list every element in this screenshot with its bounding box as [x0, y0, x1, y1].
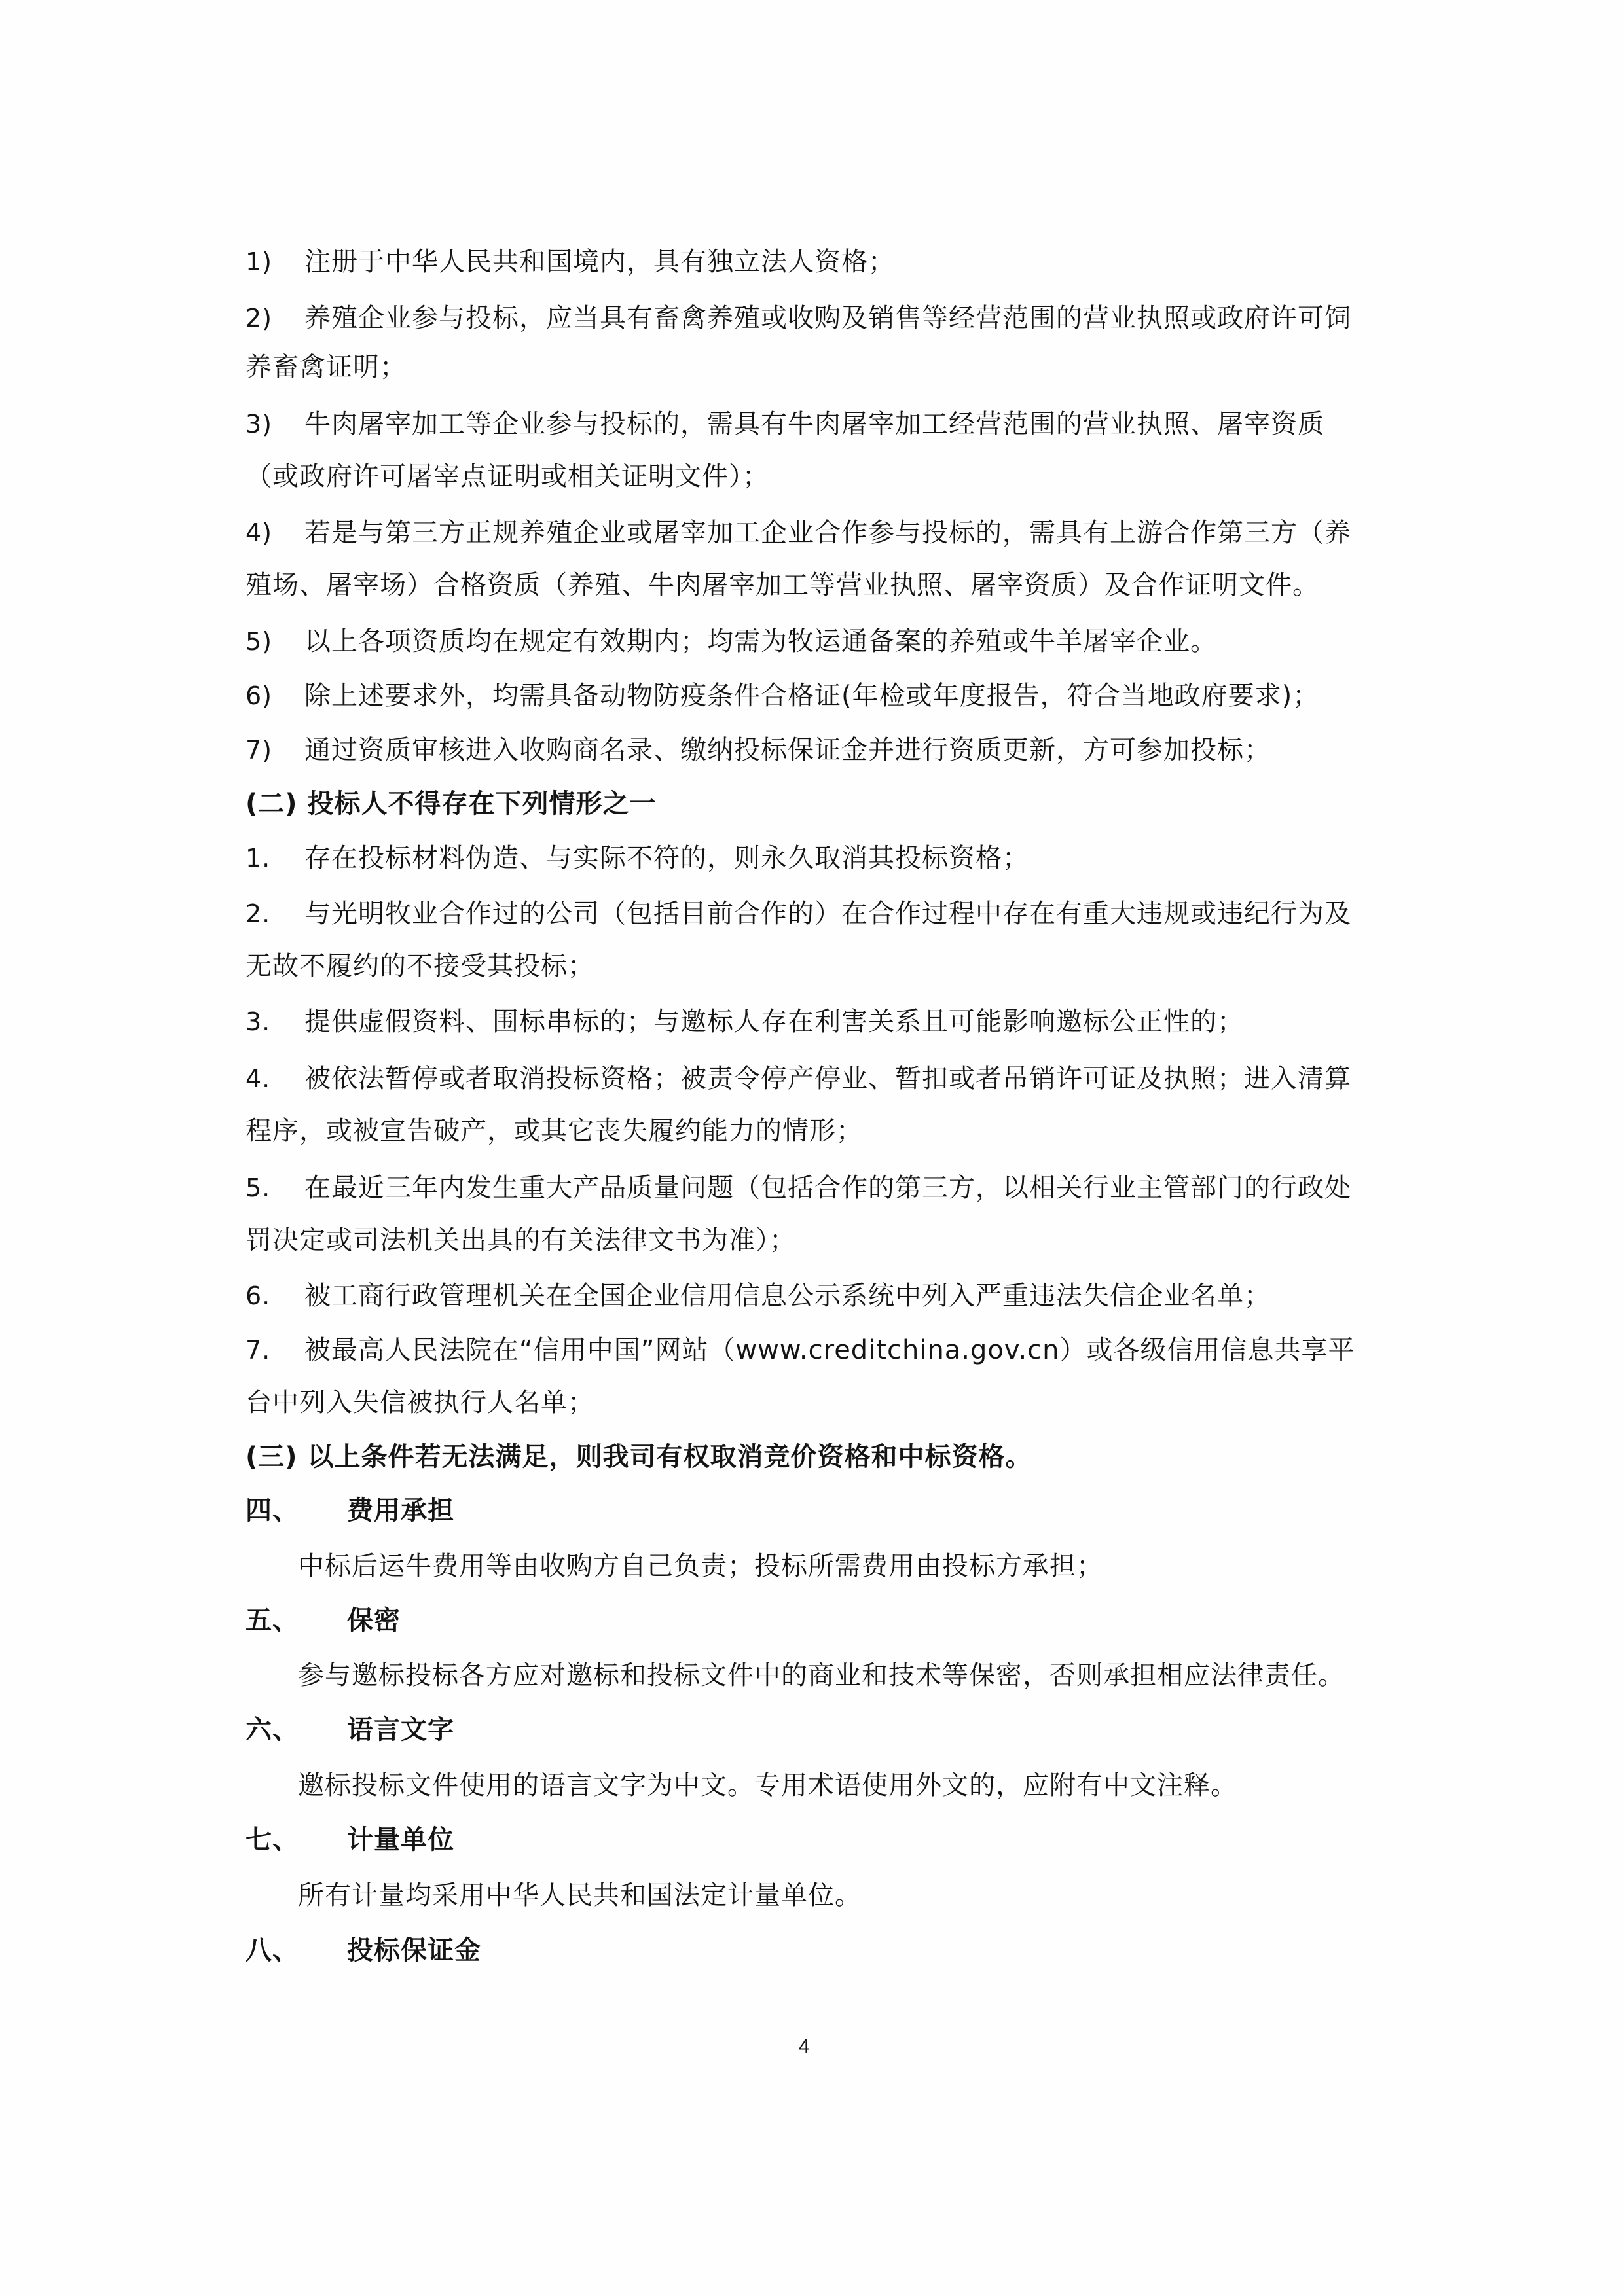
item-text: 在最近三年内发生重大产品质量问题（包括合作的第三方，以相关行业主管部门的行政处 [304, 1173, 1351, 1203]
section-seven-heading: 七、计量单位 [246, 1821, 1385, 1858]
item-number: 7) [246, 732, 304, 768]
item-text: 无故不履约的不接受其投标； [246, 951, 594, 981]
section-number: 六、 [246, 1712, 347, 1748]
item-text: 若是与第三方正规养殖企业或屠宰加工企业合作参与投标的，需具有上游合作第三方（养 [304, 518, 1351, 548]
item-text: 养殖企业参与投标，应当具有畜禽养殖或收购及销售等经营范围的营业执照或政府许可饲 [304, 303, 1351, 333]
qualification-item-2: 2)养殖企业参与投标，应当具有畜禽养殖或收购及销售等经营范围的营业执照或政府许可… [246, 300, 1385, 336]
item-text: 罚决定或司法机关出具的有关法律文书为准）； [246, 1225, 796, 1255]
qualification-item-2-cont: 养畜禽证明； [246, 349, 1385, 386]
item-text: 提供虚假资料、围标串标的；与邀标人存在利害关系且可能影响邀标公正性的； [304, 1007, 1244, 1037]
item-number: 3. [246, 1003, 304, 1040]
item-text: 注册于中华人民共和国境内，具有独立法人资格； [304, 247, 895, 277]
item-text: 台中列入失信被执行人名单； [246, 1388, 594, 1418]
restriction-item-4: 4.被依法暂停或者取消投标资格；被责令停产停业、暂扣或者吊销许可证及执照；进入清… [246, 1060, 1385, 1097]
section-five-heading: 五、保密 [246, 1602, 1385, 1639]
qualification-item-4: 4)若是与第三方正规养殖企业或屠宰加工企业合作参与投标的，需具有上游合作第三方（… [246, 514, 1385, 551]
item-text: 牛肉屠宰加工等企业参与投标的，需具有牛肉屠宰加工经营范围的营业执照、屠宰资质 [304, 409, 1324, 439]
restriction-item-2-cont: 无故不履约的不接受其投标； [246, 948, 1385, 984]
section-title: 计量单位 [347, 1825, 454, 1855]
section-four-body: 中标后运牛费用等由收购方自己负责；投标所需费用由投标方承担； [298, 1548, 1437, 1585]
item-text: 养畜禽证明； [246, 352, 407, 382]
item-number: 4. [246, 1060, 304, 1097]
qualification-item-3: 3)牛肉屠宰加工等企业参与投标的，需具有牛肉屠宰加工经营范围的营业执照、屠宰资质 [246, 406, 1385, 442]
section-six-heading: 六、语言文字 [246, 1712, 1385, 1748]
item-number: 2. [246, 895, 304, 932]
section-title: 语言文字 [347, 1715, 454, 1745]
qualification-item-7: 7)通过资质审核进入收购商名录、缴纳投标保证金并进行资质更新，方可参加投标； [246, 732, 1385, 768]
item-number: 2) [246, 300, 304, 336]
section-seven-body: 所有计量均采用中华人民共和国法定计量单位。 [298, 1877, 1437, 1914]
item-number: 5. [246, 1170, 304, 1206]
section-four-heading: 四、费用承担 [246, 1492, 1385, 1529]
section-number: 四、 [246, 1492, 347, 1529]
item-number: 3) [246, 406, 304, 442]
item-number: 5) [246, 623, 304, 660]
qualification-item-4-cont: 殖场、屠宰场）合格资质（养殖、牛肉屠宰加工等营业执照、屠宰资质）及合作证明文件。 [246, 567, 1385, 603]
item-text: 与光明牧业合作过的公司（包括目前合作的）在合作过程中存在有重大违规或违纪行为及 [304, 899, 1351, 929]
section-number: 五、 [246, 1602, 347, 1639]
item-text: 通过资质审核进入收购商名录、缴纳投标保证金并进行资质更新，方可参加投标； [304, 735, 1271, 765]
item-number: 6. [246, 1278, 304, 1314]
section-title: 保密 [347, 1605, 401, 1636]
section-two-heading: (二) 投标人不得存在下列情形之一 [246, 785, 1385, 822]
item-text: 被工商行政管理机关在全国企业信用信息公示系统中列入严重违法失信企业名单； [304, 1281, 1271, 1311]
section-title: 费用承担 [347, 1496, 454, 1526]
section-number: 七、 [246, 1821, 347, 1858]
qualification-item-6: 6)除上述要求外，均需具备动物防疫条件合格证(年检或年度报告，符合当地政府要求)… [246, 677, 1385, 714]
qualification-item-3-cont: （或政府许可屠宰点证明或相关证明文件）； [246, 458, 1385, 495]
item-number: 7. [246, 1332, 304, 1369]
restriction-item-7-cont: 台中列入失信被执行人名单； [246, 1384, 1385, 1421]
item-number: 1. [246, 840, 304, 876]
qualification-item-1: 1)注册于中华人民共和国境内，具有独立法人资格； [246, 243, 1385, 280]
section-eight-heading: 八、投标保证金 [246, 1932, 1385, 1969]
section-five-body: 参与邀标投标各方应对邀标和投标文件中的商业和技术等保密，否则承担相应法律责任。 [298, 1657, 1437, 1694]
restriction-item-7: 7.被最高人民法院在“信用中国”网站（www.creditchina.gov.c… [246, 1332, 1385, 1369]
restriction-item-5-cont: 罚决定或司法机关出具的有关法律文书为准）； [246, 1222, 1385, 1259]
section-three-heading: (三) 以上条件若无法满足，则我司有权取消竞价资格和中标资格。 [246, 1439, 1385, 1475]
item-text: （或政府许可屠宰点证明或相关证明文件）； [246, 461, 769, 492]
page-number: 4 [799, 2036, 810, 2058]
section-title: 投标保证金 [347, 1935, 481, 1965]
section-number: 八、 [246, 1932, 347, 1969]
item-text: 以上各项资质均在规定有效期内；均需为牧运通备案的养殖或牛羊屠宰企业。 [304, 626, 1217, 656]
item-text: 被最高人民法院在“信用中国”网站（www.creditchina.gov.cn）… [304, 1335, 1355, 1365]
item-text: 程序，或被宣告破产，或其它丧失履约能力的情形； [246, 1116, 863, 1146]
section-six-body: 邀标投标文件使用的语言文字为中文。专用术语使用外文的，应附有中文注释。 [298, 1767, 1437, 1804]
item-text: 殖场、屠宰场）合格资质（养殖、牛肉屠宰加工等营业执照、屠宰资质）及合作证明文件。 [246, 570, 1319, 600]
restriction-item-4-cont: 程序，或被宣告破产，或其它丧失履约能力的情形； [246, 1113, 1385, 1149]
item-number: 6) [246, 677, 304, 714]
qualification-item-5: 5)以上各项资质均在规定有效期内；均需为牧运通备案的养殖或牛羊屠宰企业。 [246, 623, 1385, 660]
item-number: 4) [246, 514, 304, 551]
item-number: 1) [246, 243, 304, 280]
restriction-item-2: 2.与光明牧业合作过的公司（包括目前合作的）在合作过程中存在有重大违规或违纪行为… [246, 895, 1385, 932]
item-text: 除上述要求外，均需具备动物防疫条件合格证(年检或年度报告，符合当地政府要求)； [304, 681, 1319, 711]
restriction-item-5: 5.在最近三年内发生重大产品质量问题（包括合作的第三方，以相关行业主管部门的行政… [246, 1170, 1385, 1206]
restriction-item-3: 3.提供虚假资料、围标串标的；与邀标人存在利害关系且可能影响邀标公正性的； [246, 1003, 1385, 1040]
item-text: 存在投标材料伪造、与实际不符的，则永久取消其投标资格； [304, 843, 1029, 873]
item-text: 被依法暂停或者取消投标资格；被责令停产停业、暂扣或者吊销许可证及执照；进入清算 [304, 1064, 1351, 1094]
document-page: 1)注册于中华人民共和国境内，具有独立法人资格； 2)养殖企业参与投标，应当具有… [0, 0, 1623, 2296]
restriction-item-6: 6.被工商行政管理机关在全国企业信用信息公示系统中列入严重违法失信企业名单； [246, 1278, 1385, 1314]
restriction-item-1: 1.存在投标材料伪造、与实际不符的，则永久取消其投标资格； [246, 840, 1385, 876]
